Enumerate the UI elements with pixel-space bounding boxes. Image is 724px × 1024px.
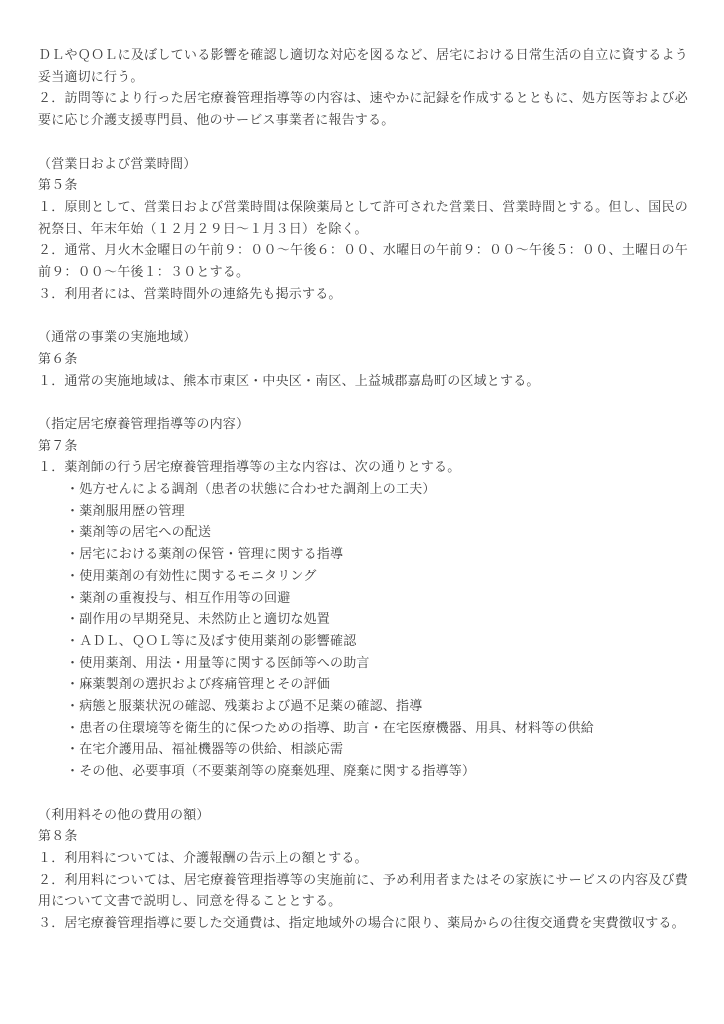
article-8-item-2: ２．利用料については、居宅療養管理指導等の実施前に、予め利用者またはその家族にサ… <box>38 869 688 912</box>
article-7-bullet-7: ・副作用の早期発見、未然防止と適切な処置 <box>38 608 688 630</box>
article-5-item-1: １．原則として、営業日および営業時間は保険薬局として許可された営業日、営業時間と… <box>38 196 688 239</box>
article-7-bullet-9: ・使用薬剤、用法・用量等に関する医師等への助言 <box>38 652 688 674</box>
article-8-number: 第８条 <box>38 825 688 847</box>
article-7-number: 第７条 <box>38 435 688 457</box>
article-7-bullet-5: ・使用薬剤の有効性に関するモニタリング <box>38 565 688 587</box>
article-7-bullet-3: ・薬剤等の居宅への配送 <box>38 521 688 543</box>
article-7-item-1: １．薬剤師の行う居宅療養管理指導等の主な内容は、次の通りとする。 <box>38 456 688 478</box>
document-page: ＤＬやＱＯＬに及ぼしている影響を確認し適切な対応を図るなど、居宅における日常生活… <box>0 0 724 1024</box>
article-5-item-2: ２．通常、月火木金曜日の午前９：００～午後６：００、水曜日の午前９：００～午後５… <box>38 239 688 282</box>
article-5-number: 第５条 <box>38 174 688 196</box>
article-7-section: （指定居宅療養管理指導等の内容） 第７条 １．薬剤師の行う居宅療養管理指導等の主… <box>38 413 688 782</box>
article-7-bullet-11: ・病態と服薬状況の確認、残薬および過不足薬の確認、指導 <box>38 695 688 717</box>
article-7-bullet-1: ・処方せんによる調剤（患者の状態に合わせた調剤上の工夫） <box>38 478 688 500</box>
article-6-heading: （通常の事業の実施地域） <box>38 326 688 348</box>
article-5-heading: （営業日および営業時間） <box>38 153 688 175</box>
intro-item-2: ２．訪問等により行った居宅療養管理指導等の内容は、速やかに記録を作成するとともに… <box>38 87 688 130</box>
article-8-item-3: ３．居宅療養管理指導に要した交通費は、指定地域外の場合に限り、薬局からの往復交通… <box>38 912 688 934</box>
article-5-item-3: ３．利用者には、営業時間外の連絡先も掲示する。 <box>38 283 688 305</box>
article-7-bullet-13: ・在宅介護用品、福祉機器等の供給、相談応需 <box>38 738 688 760</box>
article-7-bullet-2: ・薬剤服用歴の管理 <box>38 500 688 522</box>
article-8-section: （利用料その他の費用の額） 第８条 １．利用料については、介護報酬の告示上の額と… <box>38 804 688 934</box>
article-7-heading: （指定居宅療養管理指導等の内容） <box>38 413 688 435</box>
article-5-section: （営業日および営業時間） 第５条 １．原則として、営業日および営業時間は保険薬局… <box>38 153 688 305</box>
article-6-number: 第６条 <box>38 348 688 370</box>
article-6-item-1: １．通常の実施地域は、熊本市東区・中央区・南区、上益城郡嘉島町の区域とする。 <box>38 370 688 392</box>
article-7-bullet-8: ・ＡＤＬ、ＱＯＬ等に及ぼす使用薬剤の影響確認 <box>38 630 688 652</box>
article-7-bullet-14: ・その他、必要事項（不要薬剤等の廃棄処理、廃棄に関する指導等） <box>38 760 688 782</box>
article-8-item-1: １．利用料については、介護報酬の告示上の額とする。 <box>38 847 688 869</box>
intro-continuation-text: ＤＬやＱＯＬに及ぼしている影響を確認し適切な対応を図るなど、居宅における日常生活… <box>38 44 688 87</box>
article-7-bullet-10: ・麻薬製剤の選択および疼痛管理とその評価 <box>38 673 688 695</box>
article-8-heading: （利用料その他の費用の額） <box>38 804 688 826</box>
article-7-bullet-4: ・居宅における薬剤の保管・管理に関する指導 <box>38 543 688 565</box>
article-7-bullet-6: ・薬剤の重複投与、相互作用等の回避 <box>38 587 688 609</box>
article-7-bullet-12: ・患者の住環境等を衛生的に保つための指導、助言・在宅医療機器、用具、材料等の供給 <box>38 717 688 739</box>
article-6-section: （通常の事業の実施地域） 第６条 １．通常の実施地域は、熊本市東区・中央区・南区… <box>38 326 688 391</box>
